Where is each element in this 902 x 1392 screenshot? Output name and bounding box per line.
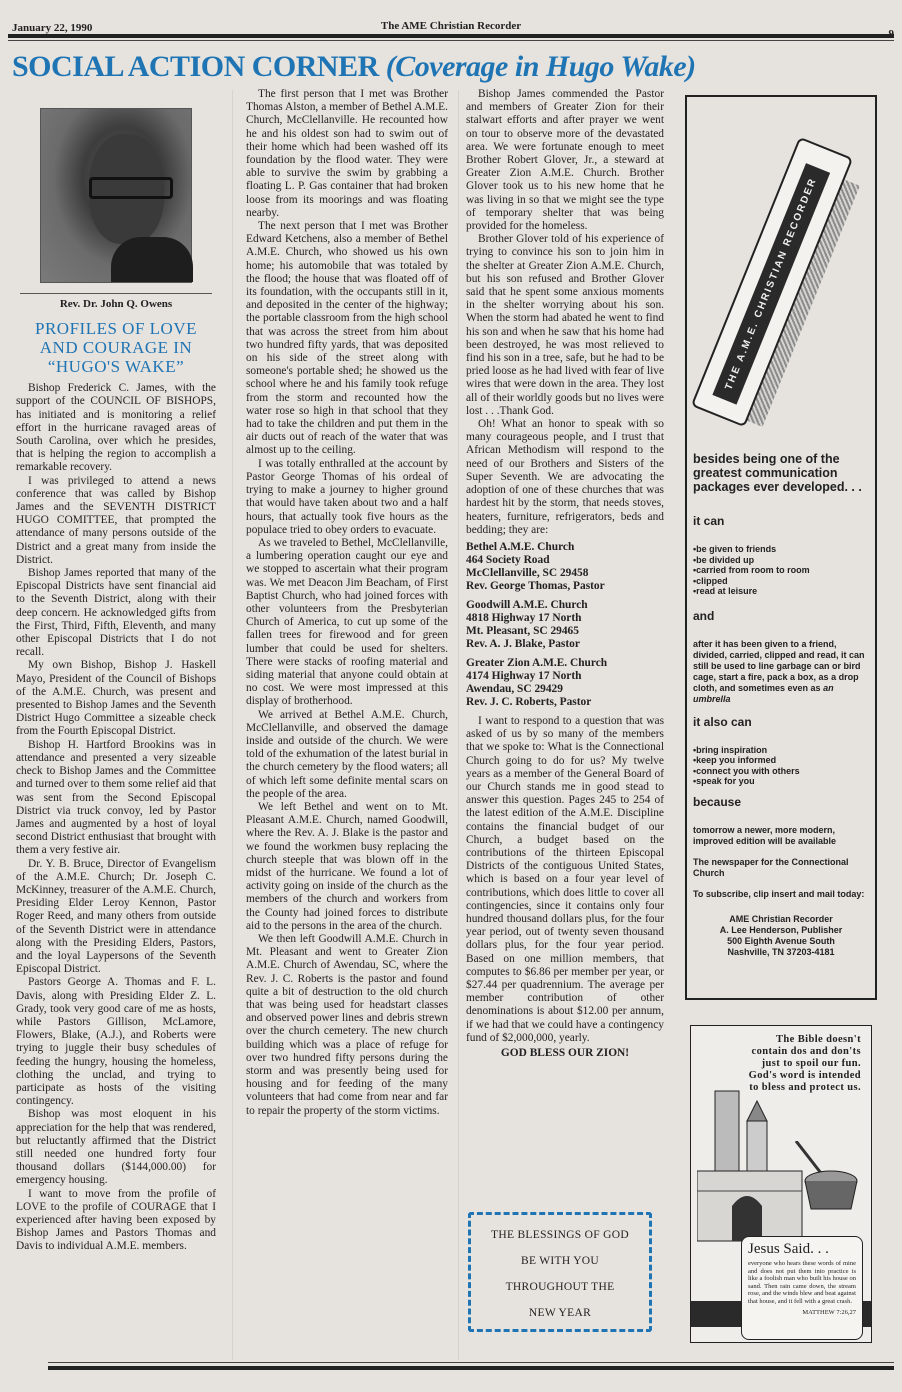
masthead: January 22, 1990 The AME Christian Recor… [8,20,894,42]
ad-because: because [693,795,869,809]
portrait-suit-icon [111,237,193,282]
rolled-newspaper-icon: THE A.M.E. CHRISTIAN RECORDER [693,97,869,452]
church-address: Bethel A.M.E. Church 464 Society Road Mc… [466,541,664,593]
paragraph: Oh! What an honor to speak with so many … [466,418,664,537]
publisher-address: AME Christian Recorder A. Lee Henderson,… [693,914,869,958]
paper-name: The AME Christian Recorder [8,20,894,32]
ad-after-text: after it has been given to a friend, div… [693,639,869,705]
paragraph: The first person that I met was Brother … [246,88,448,220]
title-sub: (Coverage in Hugo Wake) [386,50,696,83]
bottom-rule-thin [48,1362,894,1363]
bucket-shovel-icon [791,1141,861,1211]
paragraph: Bishop was most eloquent in his apprecia… [16,1108,216,1187]
paragraph: I want to respond to a question that was… [466,715,664,1045]
paragraph: I was privileged to attend a news confer… [16,475,216,567]
ad-tagline: The newspaper for the Connectional Churc… [693,857,869,879]
paragraph: As we traveled to Bethel, McClellanville… [246,537,448,709]
column-divider [458,90,459,1360]
paragraph: Bishop James commended the Pastor and me… [466,88,664,233]
author-photo [40,108,192,283]
ad-also-can: it also can [693,715,869,729]
bottom-rule [48,1366,894,1370]
ad-subscribe: To subscribe, clip insert and mail today… [693,889,869,900]
photo-caption: Rev. Dr. John Q. Owens [20,293,212,311]
paragraph: Dr. Y. B. Bruce, Director of Evangelism … [16,858,216,977]
paragraph: My own Bishop, Bishop J. Haskell Mayo, P… [16,659,216,738]
paragraph: Bishop James reported that many of the E… [16,567,216,659]
paragraph: The next person that I met was Brother E… [246,220,448,458]
page-title: SOCIAL ACTION CORNER (Coverage in Hugo W… [12,50,696,84]
portrait-glasses-icon [89,177,173,199]
closing-line: GOD BLESS OUR ZION! [466,1047,664,1060]
article-column-2: The first person that I met was Brother … [246,88,448,1118]
paragraph: We arrived at Bethel A.M.E. Church, McCl… [246,709,448,801]
paragraph: Bishop Frederick C. James, with the supp… [16,382,216,474]
church-address: Goodwill A.M.E. Church 4818 Highway 17 N… [466,599,664,651]
ad-and: and [693,609,869,623]
top-rule-thin [8,40,894,41]
column-divider [232,90,233,1360]
paragraph: We left Bethel and went on to Mt. Pleasa… [246,801,448,933]
paragraph: Bishop H. Hartford Brookins was in atten… [16,739,216,858]
can-list: •be given to friends •be divided up •car… [693,544,869,597]
article-headline: PROFILES OF LOVE AND COURAGE IN “HUGO'S … [16,319,216,376]
paragraph: We then left Goodwill A.M.E. Church in M… [246,933,448,1118]
ad-it-can: it can [693,514,869,528]
paragraph: I want to move from the profile of LOVE … [16,1188,216,1254]
jesus-said-body: everyone who hears these words of mine a… [748,1260,856,1306]
jesus-said-box: Jesus Said. . . everyone who hears these… [741,1236,863,1340]
scripture-reference: MATTHEW 7:26,27 [748,1309,856,1316]
jesus-said-title: Jesus Said. . . [748,1241,856,1258]
title-main: SOCIAL ACTION CORNER [12,50,379,83]
paragraph: Pastors George A. Thomas and F. L. Davis… [16,976,216,1108]
ad-tomorrow: tomorrow a newer, more modern, improved … [693,825,869,847]
subscription-ad: THE A.M.E. CHRISTIAN RECORDER besides be… [685,95,877,1000]
ad-lead: besides being one of the greatest commun… [693,452,869,494]
article-column-3: Bishop James commended the Pastor and me… [466,88,664,1060]
blessings-box: THE BLESSINGS OF GOD BE WITH YOU THROUGH… [468,1212,652,1332]
top-rule [8,34,894,38]
article-column-1: Rev. Dr. John Q. Owens PROFILES OF LOVE … [16,88,216,1254]
church-address: Greater Zion A.M.E. Church 4174 Highway … [466,657,664,709]
paragraph: Brother Glover told of his experience of… [466,233,664,418]
bible-ad: The Bible doesn't contain dos and don'ts… [690,1025,872,1343]
also-list: •bring inspiration •keep you informed •c… [693,745,869,787]
paragraph: I was totally enthralled at the account … [246,458,448,537]
